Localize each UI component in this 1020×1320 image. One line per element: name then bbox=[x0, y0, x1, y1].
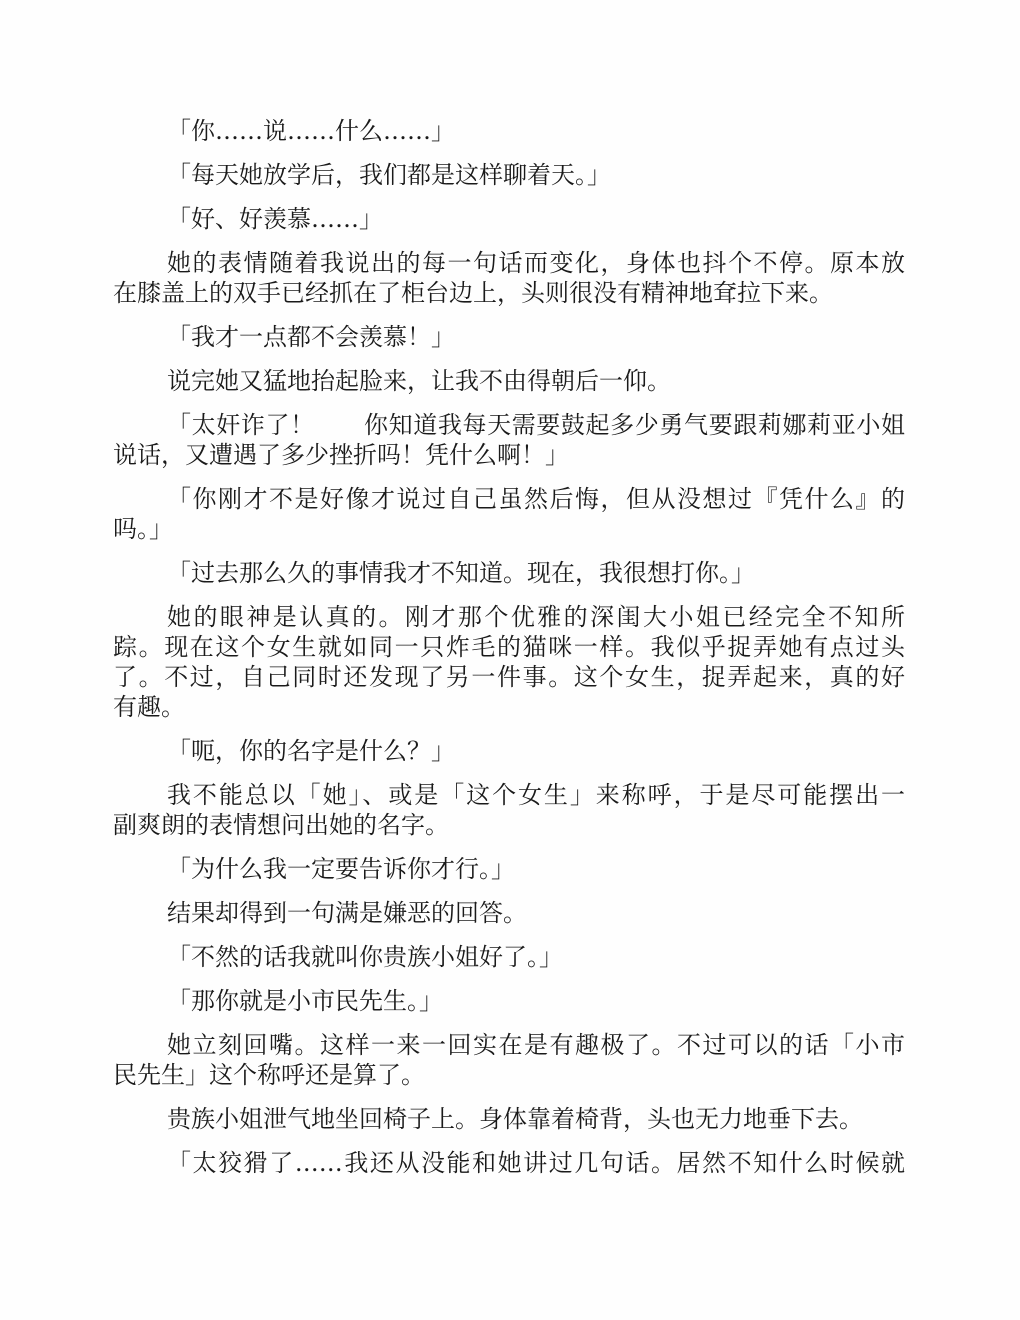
text-line: 「每天她放学后，我们都是这样聊着天。」 bbox=[113, 160, 905, 190]
text-line: 「不然的话我就叫你贵族小姐好了。」 bbox=[113, 942, 905, 972]
paragraph: 我不能总以「她」、或是「这个女生」来称呼，于是尽可能摆出一 副爽朗的表情想问出她… bbox=[113, 780, 905, 840]
paragraph: 「你……说……什么……」 bbox=[113, 116, 905, 146]
text-line: 吗。」 bbox=[113, 514, 905, 544]
text-line: 有趣。 bbox=[113, 692, 905, 722]
text-line: 「你刚才不是好像才说过自己虽然后悔，但从没想过『凭什么』的 bbox=[113, 484, 905, 514]
text-line: 我不能总以「她」、或是「这个女生」来称呼，于是尽可能摆出一 bbox=[113, 780, 905, 810]
paragraph: 「那你就是小市民先生。」 bbox=[113, 986, 905, 1016]
text-line: 民先生」这个称呼还是算了。 bbox=[113, 1060, 905, 1090]
text-content: 「你……说……什么……」 「每天她放学后，我们都是这样聊着天。」 「好、好羡慕…… bbox=[113, 116, 905, 1178]
paragraph: 「好、好羡慕……」 bbox=[113, 204, 905, 234]
text-line: 「太狡猾了……我还从没能和她讲过几句话。居然不知什么时候就 bbox=[113, 1148, 905, 1178]
text-line: 她的眼神是认真的。刚才那个优雅的深闺大小姐已经完全不知所 bbox=[113, 602, 905, 632]
paragraph: 「太奸诈了！ 你知道我每天需要鼓起多少勇气要跟莉娜莉亚小姐 说话，又遭遇了多少挫… bbox=[113, 410, 905, 470]
paragraph: 「不然的话我就叫你贵族小姐好了。」 bbox=[113, 942, 905, 972]
text-line: 结果却得到一句满是嫌恶的回答。 bbox=[113, 898, 905, 928]
paragraph: 「太狡猾了……我还从没能和她讲过几句话。居然不知什么时候就 bbox=[113, 1148, 905, 1178]
text-line: 说话，又遭遇了多少挫折吗！凭什么啊！」 bbox=[113, 440, 905, 470]
book-page: 「你……说……什么……」 「每天她放学后，我们都是这样聊着天。」 「好、好羡慕…… bbox=[0, 0, 1020, 1320]
text-line: 「为什么我一定要告诉你才行。」 bbox=[113, 854, 905, 884]
paragraph: 「我才一点都不会羡慕！」 bbox=[113, 322, 905, 352]
paragraph: 贵族小姐泄气地坐回椅子上。身体靠着椅背，头也无力地垂下去。 bbox=[113, 1104, 905, 1134]
text-line: 「太奸诈了！ 你知道我每天需要鼓起多少勇气要跟莉娜莉亚小姐 bbox=[113, 410, 905, 440]
text-line: 说完她又猛地抬起脸来，让我不由得朝后一仰。 bbox=[113, 366, 905, 396]
paragraph: 她立刻回嘴。这样一来一回实在是有趣极了。不过可以的话「小市 民先生」这个称呼还是… bbox=[113, 1030, 905, 1090]
text-line: 她的表情随着我说出的每一句话而变化，身体也抖个不停。原本放 bbox=[113, 248, 905, 278]
paragraph: 「为什么我一定要告诉你才行。」 bbox=[113, 854, 905, 884]
text-line: 「过去那么久的事情我才不知道。现在，我很想打你。」 bbox=[113, 558, 905, 588]
paragraph: 结果却得到一句满是嫌恶的回答。 bbox=[113, 898, 905, 928]
text-line: 「呃，你的名字是什么？」 bbox=[113, 736, 905, 766]
text-line: 「你……说……什么……」 bbox=[113, 116, 905, 146]
paragraph: 「过去那么久的事情我才不知道。现在，我很想打你。」 bbox=[113, 558, 905, 588]
text-line: 在膝盖上的双手已经抓在了柜台边上，头则很没有精神地耷拉下来。 bbox=[113, 278, 905, 308]
text-line: 贵族小姐泄气地坐回椅子上。身体靠着椅背，头也无力地垂下去。 bbox=[113, 1104, 905, 1134]
paragraph: 「每天她放学后，我们都是这样聊着天。」 bbox=[113, 160, 905, 190]
paragraph: 「你刚才不是好像才说过自己虽然后悔，但从没想过『凭什么』的 吗。」 bbox=[113, 484, 905, 544]
paragraph: 她的眼神是认真的。刚才那个优雅的深闺大小姐已经完全不知所 踪。现在这个女生就如同… bbox=[113, 602, 905, 722]
text-line: 「我才一点都不会羡慕！」 bbox=[113, 322, 905, 352]
text-line: 踪。现在这个女生就如同一只炸毛的猫咪一样。我似乎捉弄她有点过头 bbox=[113, 632, 905, 662]
text-line: 她立刻回嘴。这样一来一回实在是有趣极了。不过可以的话「小市 bbox=[113, 1030, 905, 1060]
paragraph: 她的表情随着我说出的每一句话而变化，身体也抖个不停。原本放 在膝盖上的双手已经抓… bbox=[113, 248, 905, 308]
text-line: 了。不过，自己同时还发现了另一件事。这个女生，捉弄起来，真的好 bbox=[113, 662, 905, 692]
text-line: 「那你就是小市民先生。」 bbox=[113, 986, 905, 1016]
text-line: 副爽朗的表情想问出她的名字。 bbox=[113, 810, 905, 840]
paragraph: 说完她又猛地抬起脸来，让我不由得朝后一仰。 bbox=[113, 366, 905, 396]
paragraph: 「呃，你的名字是什么？」 bbox=[113, 736, 905, 766]
text-line: 「好、好羡慕……」 bbox=[113, 204, 905, 234]
